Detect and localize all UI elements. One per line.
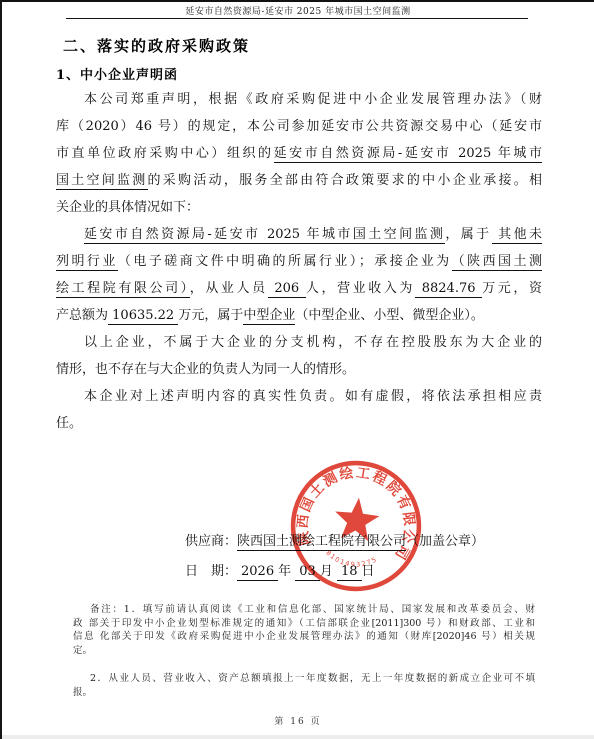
underlined-text-segment: 其他未 — [492, 227, 542, 244]
text-segment: 任。 — [56, 416, 82, 431]
text-segment: ，从业人员 — [190, 281, 268, 296]
text-line: 库（2020）46 号）的规定，本公司参加延安市公共资源交易中心（延安市 — [56, 113, 542, 140]
underlined-text-segment: 列明行业 — [56, 254, 118, 271]
text-segment: ，属于 — [445, 227, 491, 242]
date-year: 2026 — [237, 564, 278, 581]
text-segment: 本公司郑重声明，根据《政府采购促进中小企业发展管理办法》（财 — [84, 92, 542, 107]
underlined-text-segment: 中型企业 — [243, 308, 295, 325]
text-segment: 2．从业人员、营业收入、资产总额填报上一年度数据，无上一年度数据的新成立企业可不… — [90, 673, 535, 684]
supplier-label: 供应商： — [185, 534, 237, 549]
underlined-text-segment: 8824.76 — [415, 281, 482, 298]
text-segment: 库（2020）46 号）的规定，本公司参加延安市公共资源交易中心（延安市 — [56, 119, 542, 134]
text-line: 本公司郑重声明，根据《政府采购促进中小企业发展管理办法》（财 — [56, 86, 542, 113]
top-border-bar — [2, 0, 594, 2]
document-page: 延安市自然资源局-延安市 2025 年城市国土空间监测 二、落实的政府采购政策 … — [0, 0, 594, 739]
text-line: 定。 — [73, 644, 535, 658]
text-segment: 情形，也不存在与大企业的负责人为同一人的情形。 — [56, 362, 355, 377]
seal-serial-number: 8101493275 — [323, 548, 380, 571]
text-line: 备注：1．填写前请认真阅读《工业和信息化部、国家统计局、国家发展和改革委员会、财 — [73, 603, 535, 617]
underlined-text-segment: 延安市自然资源局-延安市 2025 年城市 — [274, 146, 542, 163]
text-segment: 关企业的具体情况如下： — [56, 200, 199, 215]
page-footer: 第 16 页 — [2, 714, 594, 727]
text-segment: （中型企业、小型、微型企业）。 — [295, 308, 484, 323]
underlined-text-segment: 绘工程院有限公司） — [56, 281, 190, 298]
underlined-text-segment: 206 — [268, 281, 306, 298]
text-segment: 政 部关于印发中小企业划型标准规定的通知》（工信部联企业[2011]300 号）… — [73, 618, 535, 629]
text-line: 列明行业（电子磋商文件中明确的所属行业）；承接企业为（陕西国土测 — [56, 248, 542, 275]
header-divider — [66, 18, 528, 19]
text-segment: 的采购活动，服务全部由符合政策要求的中小企业承接。相 — [148, 173, 542, 188]
text-segment: 万元，资 — [482, 281, 542, 296]
declaration-body: 本公司郑重声明，根据《政府采购促进中小企业发展管理办法》（财库（2020）46 … — [56, 86, 542, 437]
text-segment: 万元，属于 — [178, 308, 243, 323]
page-header-title: 延安市自然资源局-延安市 2025 年城市国土空间监测 — [2, 4, 594, 17]
text-segment: 产总额为 — [56, 308, 108, 323]
section-heading: 二、落实的政府采购政策 — [63, 35, 250, 56]
text-segment: 定。 — [73, 645, 92, 656]
text-segment: 报。 — [73, 687, 92, 698]
bottom-strip — [2, 735, 594, 739]
text-line: 情形，也不存在与大企业的负责人为同一人的情形。 — [56, 356, 542, 383]
text-segment: 本企业对上述声明内容的真实性负责。如有虚假，将依法承担相应责 — [84, 389, 542, 404]
text-line: 市直单位政府采购中心）组织的延安市自然资源局-延安市 2025 年城市 — [56, 140, 542, 167]
text-segment: 信息 化部关于印发《政府采购促进中小企业发展管理办法》的通知（财库[2020]4… — [73, 631, 535, 642]
text-line: 信息 化部关于印发《政府采购促进中小企业发展管理办法》的通知（财库[2020]4… — [73, 630, 535, 644]
text-segment: 备注：1．填写前请认真阅读《工业和信息化部、国家统计局、国家发展和改革委员会、财 — [90, 604, 535, 615]
text-line: 以上企业，不属于大企业的分支机构，不存在控股股东为大企业的 — [56, 329, 542, 356]
text-line: 政 部关于印发中小企业划型标准规定的通知》（工信部联企业[2011]300 号）… — [73, 617, 535, 631]
text-line: 本企业对上述声明内容的真实性负责。如有虚假，将依法承担相应责 — [56, 383, 542, 410]
text-segment: 市直单位政府采购中心）组织的 — [56, 146, 274, 161]
text-line: 任。 — [56, 410, 542, 437]
seal-star-icon — [332, 495, 381, 542]
text-line: 国土空间监测的采购活动，服务全部由符合政策要求的中小企业承接。相 — [56, 167, 542, 194]
underlined-text-segment: 10635.22 — [108, 308, 178, 325]
text-line: 2．从业人员、营业收入、资产总额填报上一年度数据，无上一年度数据的新成立企业可不… — [73, 672, 535, 686]
text-line: 延安市自然资源局-延安市 2025 年城市国土空间监测，属于 其他未 — [56, 221, 542, 248]
text-segment: 人，营业收入为 — [306, 281, 415, 296]
underlined-text-segment: 国土空间监测 — [56, 173, 148, 190]
notes-body: 备注：1．填写前请认真阅读《工业和信息化部、国家统计局、国家发展和改革委员会、财… — [73, 603, 535, 699]
text-segment: 以上企业，不属于大企业的分支机构，不存在控股股东为大企业的 — [84, 335, 542, 350]
text-line: 绘工程院有限公司），从业人员 206 人，营业收入为 8824.76 万元，资 — [56, 275, 542, 302]
text-line: 关企业的具体情况如下： — [56, 194, 542, 221]
text-segment: （电子磋商文件中明确的所属行业）；承接企业为 — [118, 254, 452, 269]
sub-heading: 1、中小企业声明函 — [56, 64, 178, 83]
company-seal-stamp: 陕西国土测绘工程院有限公司 8101493275 — [280, 450, 432, 602]
underlined-text-segment: （陕西国土测 — [452, 254, 542, 271]
date-label: 日 期： — [185, 564, 237, 579]
text-line: 产总额为 10635.22 万元，属于中型企业（中型企业、小型、微型企业）。 — [56, 302, 542, 329]
underlined-text-segment: 延安市自然资源局-延安市 2025 年城市国土空间监测 — [84, 227, 445, 244]
text-line: 报。 — [73, 686, 535, 700]
